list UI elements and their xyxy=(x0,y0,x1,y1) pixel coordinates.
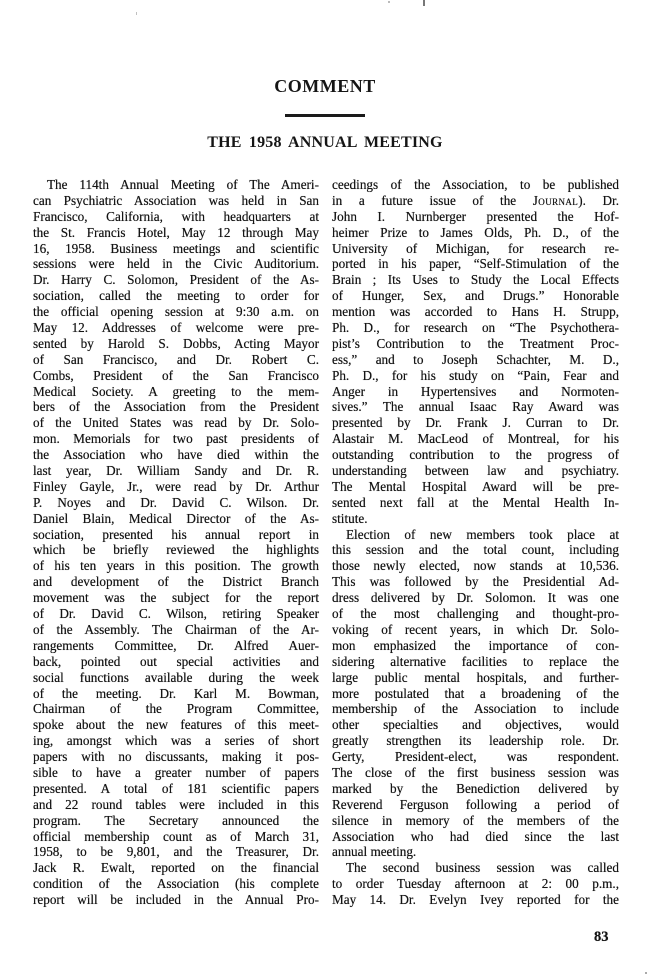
text-line: ceedings of the Association, to be publi… xyxy=(332,177,619,193)
text-line: back, pointed out special activities and xyxy=(33,654,319,670)
paragraph: Election of new members took place atthi… xyxy=(332,527,619,861)
text-line: The second business session was called xyxy=(332,860,619,876)
text-line: condition of the Association (his comple… xyxy=(33,876,319,892)
scan-speck xyxy=(136,12,137,15)
text-line: of Dr. David C. Wilson, retiring Speaker xyxy=(33,606,319,622)
text-line: mon. Memorials for two past presidents o… xyxy=(33,431,319,447)
text-line: heimer Prize to James Olds, Ph. D., of t… xyxy=(332,225,619,241)
text-line: last year, Dr. William Sandy and Dr. R. xyxy=(33,463,319,479)
text-line: Gerty, President-elect, was respondent. xyxy=(332,749,619,765)
text-line: sessions were held in the Civic Auditori… xyxy=(33,256,319,272)
page-number: 83 xyxy=(594,929,609,946)
text-line: membership of the Association to include xyxy=(332,701,619,717)
text-line: sidering alternative facilities to repla… xyxy=(332,654,619,670)
paragraph: ceedings of the Association, to be publi… xyxy=(332,177,619,527)
text-line: large public mental hospitals, and furth… xyxy=(332,670,619,686)
text-line: University of Michigan, for research re- xyxy=(332,241,619,257)
text-line: sives.” The annual Isaac Ray Award was xyxy=(332,399,619,415)
title-divider-rule xyxy=(285,114,365,117)
text-line: sociation, called the meeting to order f… xyxy=(33,288,319,304)
text-line: Ph. D., for his study on “Pain, Fear and xyxy=(332,368,619,384)
text-line: Chairman of the Program Committee, xyxy=(33,701,319,717)
text-line: Alastair M. MacLeod of Montreal, for his xyxy=(332,431,619,447)
text-line: May 14. Dr. Evelyn Ivey reported for the xyxy=(332,892,619,908)
text-line: of the United States was read by Dr. Sol… xyxy=(33,415,319,431)
text-line: report will be included in the Annual Pr… xyxy=(33,892,319,908)
text-line: sible to have a greater number of papers xyxy=(33,765,319,781)
text-line: mention was accorded to Hans H. Strupp, xyxy=(332,304,619,320)
text-line: presented by Dr. Frank J. Curran to Dr. xyxy=(332,415,619,431)
text-line: Daniel Blain, Medical Director of the As… xyxy=(33,511,319,527)
text-line: 1958, to be 9,801, and the Treasurer, Dr… xyxy=(33,844,319,860)
text-line: Medical Society. A greeting to the mem- xyxy=(33,384,319,400)
text-line: bers of the Association from the Preside… xyxy=(33,399,319,415)
text-line: the official opening session at 9:30 a.m… xyxy=(33,304,319,320)
text-line: official membership count as of March 31… xyxy=(33,829,319,845)
text-line: Combs, President of the San Francisco xyxy=(33,368,319,384)
text-line: and 22 round tables were included in thi… xyxy=(33,797,319,813)
text-line: spoke about the new features of this mee… xyxy=(33,717,319,733)
left-column: The 114th Annual Meeting of The Ameri-ca… xyxy=(33,177,319,908)
scan-speck xyxy=(423,0,425,6)
text-line: of San Francisco, and Dr. Robert C. xyxy=(33,352,319,368)
text-line: May 12. Addresses of welcome were pre- xyxy=(33,320,319,336)
text-line: Election of new members took place at xyxy=(332,527,619,543)
text-line: and development of the District Branch xyxy=(33,574,319,590)
text-line: rangements Committee, Dr. Alfred Auer- xyxy=(33,638,319,654)
text-line: ing, amongst which was a series of short xyxy=(33,733,319,749)
text-line: social functions available during the we… xyxy=(33,670,319,686)
text-line: The 114th Annual Meeting of The Ameri- xyxy=(33,177,319,193)
text-line: of Hunger, Sex, and Drugs.” Honorable xyxy=(332,288,619,304)
text-line: P. Noyes and Dr. David C. Wilson. Dr. xyxy=(33,495,319,511)
text-line: of the most challenging and thought-pro- xyxy=(332,606,619,622)
text-line: Association who had died since the last xyxy=(332,829,619,845)
text-line: Francisco, California, with headquarters… xyxy=(33,209,319,225)
text-line: ported in his paper, “Self-Stimulation o… xyxy=(332,256,619,272)
text-line: of the meeting. Dr. Karl M. Bowman, xyxy=(33,686,319,702)
scan-speck xyxy=(388,1,390,3)
text-line: greatly strengthen its leadership role. … xyxy=(332,733,619,749)
text-line: The Mental Hospital Award will be pre- xyxy=(332,479,619,495)
text-line: Brain ; Its Uses to Study the Local Effe… xyxy=(332,272,619,288)
text-line: sented by Harold S. Dobbs, Acting Mayor xyxy=(33,336,319,352)
text-line: marked by the Benediction delivered by xyxy=(332,781,619,797)
text-line: pist’s Contribution to the Treatment Pro… xyxy=(332,336,619,352)
text-line: can Psychiatric Association was held in … xyxy=(33,193,319,209)
text-line: annual meeting. xyxy=(332,844,619,860)
paragraph: The second business session was calledto… xyxy=(332,860,619,908)
text-line: in a future issue of the Journal). Dr. xyxy=(332,193,619,209)
paragraph: The 114th Annual Meeting of The Ameri-ca… xyxy=(33,177,319,908)
text-line: Dr. Harry C. Solomon, President of the A… xyxy=(33,272,319,288)
text-line: those newly elected, now stands at 10,53… xyxy=(332,558,619,574)
text-line: mon emphasized the importance of con- xyxy=(332,638,619,654)
text-line: movement was the subject for the report xyxy=(33,590,319,606)
text-line: other specialties and objectives, would xyxy=(332,717,619,733)
text-line: which be briefly reviewed the highlights xyxy=(33,542,319,558)
text-line: Finley Gayle, Jr., were read by Dr. Arth… xyxy=(33,479,319,495)
section-title: THE 1958 ANNUAL MEETING xyxy=(0,134,650,152)
right-column: ceedings of the Association, to be publi… xyxy=(332,177,619,908)
text-line: Ph. D., for research on “The Psychothera… xyxy=(332,320,619,336)
text-line: papers with no discussants, making it po… xyxy=(33,749,319,765)
page-title: COMMENT xyxy=(0,76,650,97)
text-line: voking of recent years, in which Dr. Sol… xyxy=(332,622,619,638)
text-line: ess,” and to Joseph Schachter, M. D., xyxy=(332,352,619,368)
text-line: more postulated that a broadening of the xyxy=(332,686,619,702)
text-line: Anger in Hypertensives and Normoten- xyxy=(332,384,619,400)
text-line: The close of the first business session … xyxy=(332,765,619,781)
text-line: program. The Secretary announced the xyxy=(33,813,319,829)
text-line: Jack R. Ewalt, reported on the financial xyxy=(33,860,319,876)
text-line: stitute. xyxy=(332,511,619,527)
text-line: this session and the total count, includ… xyxy=(332,542,619,558)
text-line: the Association who have died within the xyxy=(33,447,319,463)
text-line: of the Assembly. The Chairman of the Ar- xyxy=(33,622,319,638)
text-line: of his ten years in this position. The g… xyxy=(33,558,319,574)
text-line: dress delivered by Dr. Solomon. It was o… xyxy=(332,590,619,606)
text-line: silence in memory of the members of the xyxy=(332,813,619,829)
text-line: John I. Nurnberger presented the Hof- xyxy=(332,209,619,225)
text-line: This was followed by the Presidential Ad… xyxy=(332,574,619,590)
text-line: 16, 1958. Business meetings and scientif… xyxy=(33,241,319,257)
text-line: sented next fall at the Mental Health In… xyxy=(332,495,619,511)
text-line: understanding between law and psychiatry… xyxy=(332,463,619,479)
text-line: Reverend Ferguson following a period of xyxy=(332,797,619,813)
text-line: outstanding contribution to the progress… xyxy=(332,447,619,463)
text-line: the St. Francis Hotel, May 12 through Ma… xyxy=(33,225,319,241)
text-line: presented. A total of 181 scientific pap… xyxy=(33,781,319,797)
journal-page: COMMENT THE 1958 ANNUAL MEETING The 114t… xyxy=(0,0,650,980)
text-line: sociation, presented his annual report i… xyxy=(33,527,319,543)
text-line: to order Tuesday afternoon at 2: 00 p.m.… xyxy=(332,876,619,892)
scan-speck xyxy=(645,972,647,974)
